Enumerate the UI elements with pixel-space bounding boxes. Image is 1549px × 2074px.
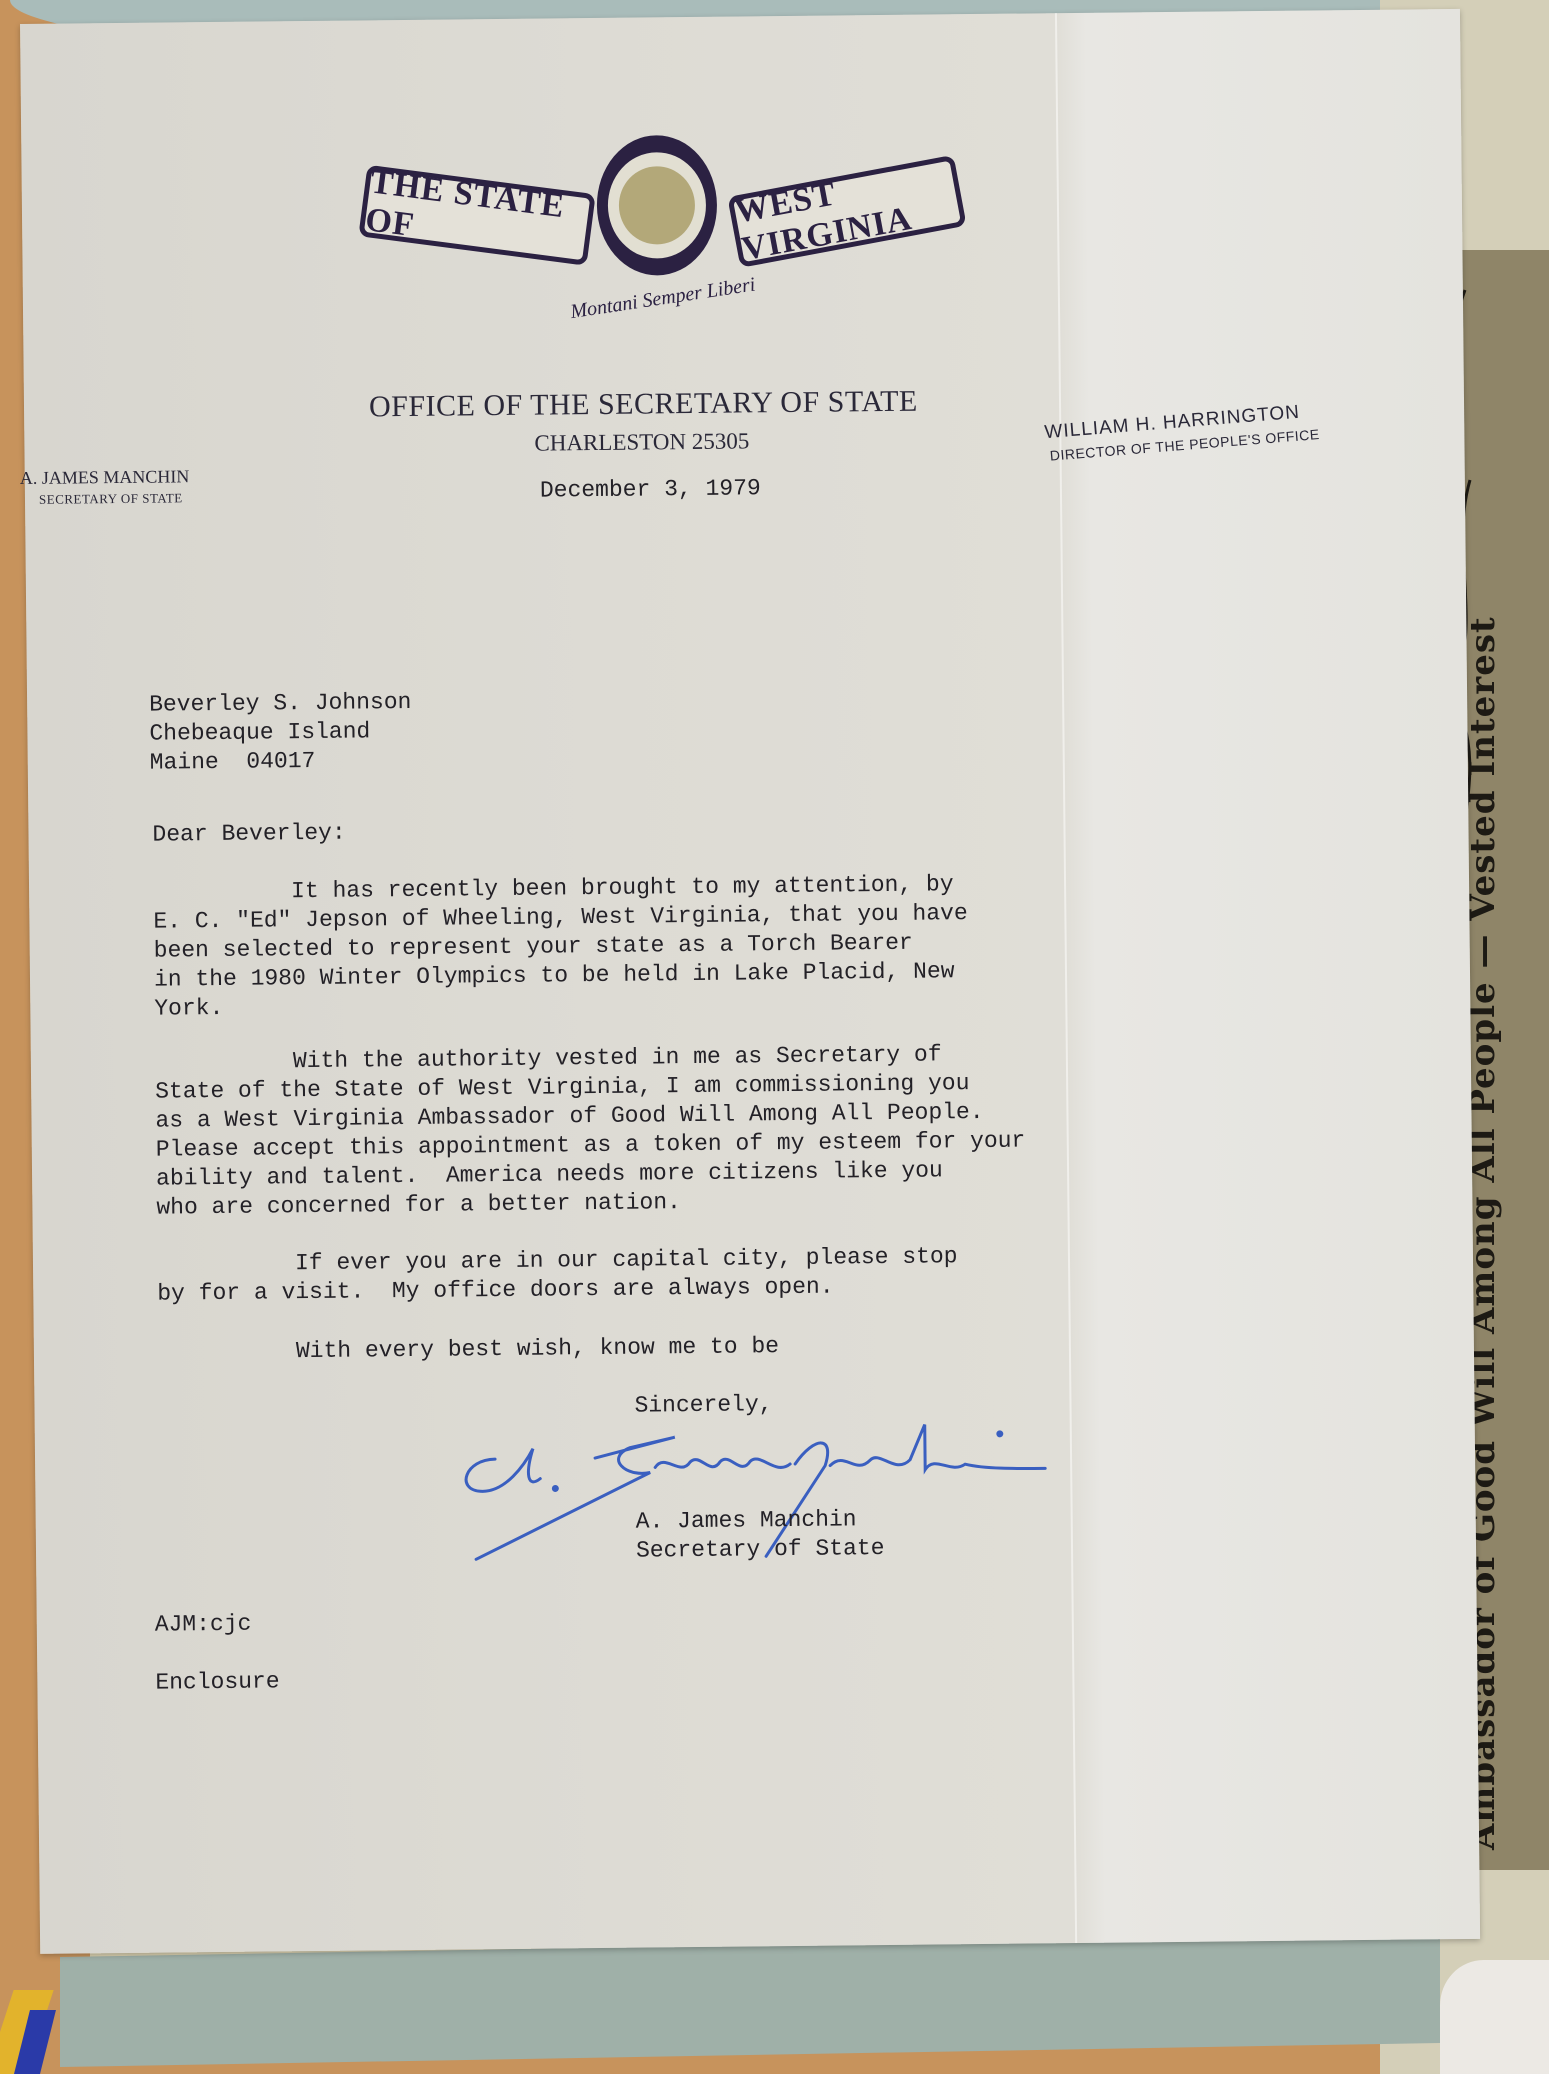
background-white-object: [1440, 1960, 1549, 2074]
office-city: CHARLESTON 25305: [534, 428, 749, 456]
letter-date: December 3, 1979: [540, 474, 761, 505]
enclosure-note: Enclosure: [155, 1667, 280, 1697]
state-motto: Montani Semper Liberi: [552, 271, 773, 327]
banner-right: WEST VIRGINIA: [727, 155, 966, 268]
recipient-name: Beverley S. Johnson: [149, 689, 412, 718]
office-title: OFFICE OF THE SECRETARY OF STATE: [369, 385, 918, 425]
recipient-line2: Chebeaque Island: [149, 718, 370, 746]
signer-block: A. James Manchin Secretary of State: [636, 1505, 885, 1566]
banner-left: THE STATE OF: [358, 165, 595, 266]
state-seal-icon: [596, 135, 717, 276]
paragraph-1: It has recently been brought to my atten…: [153, 870, 969, 1024]
paragraph-3: If ever you are in our capital city, ple…: [157, 1242, 958, 1308]
paragraph-4: With every best wish, know me to be: [158, 1332, 779, 1368]
paper-fold: [1055, 13, 1077, 1943]
background-folder-bottom: [60, 1933, 1440, 2067]
secretary-title: SECRETARY OF STATE: [39, 490, 183, 508]
recipient-address: Beverley S. Johnson Chebeaque Island Mai…: [149, 688, 412, 778]
recipient-line3: Maine 04017: [150, 748, 316, 776]
secretary-name: A. JAMES MANCHIN: [20, 466, 190, 489]
paragraph-2: With the authority vested in me as Secre…: [155, 1040, 1026, 1223]
typist-initials: AJM:cjc: [155, 1610, 252, 1640]
letter-sheet: THE STATE OF WEST VIRGINIA Montani Sempe…: [20, 9, 1480, 1954]
signer-title: Secretary of State: [636, 1535, 885, 1564]
salutation: Dear Beverley:: [152, 819, 346, 850]
signer-name: A. James Manchin: [636, 1506, 857, 1534]
state-seal-letterhead: THE STATE OF WEST VIRGINIA Montani Sempe…: [361, 124, 963, 370]
